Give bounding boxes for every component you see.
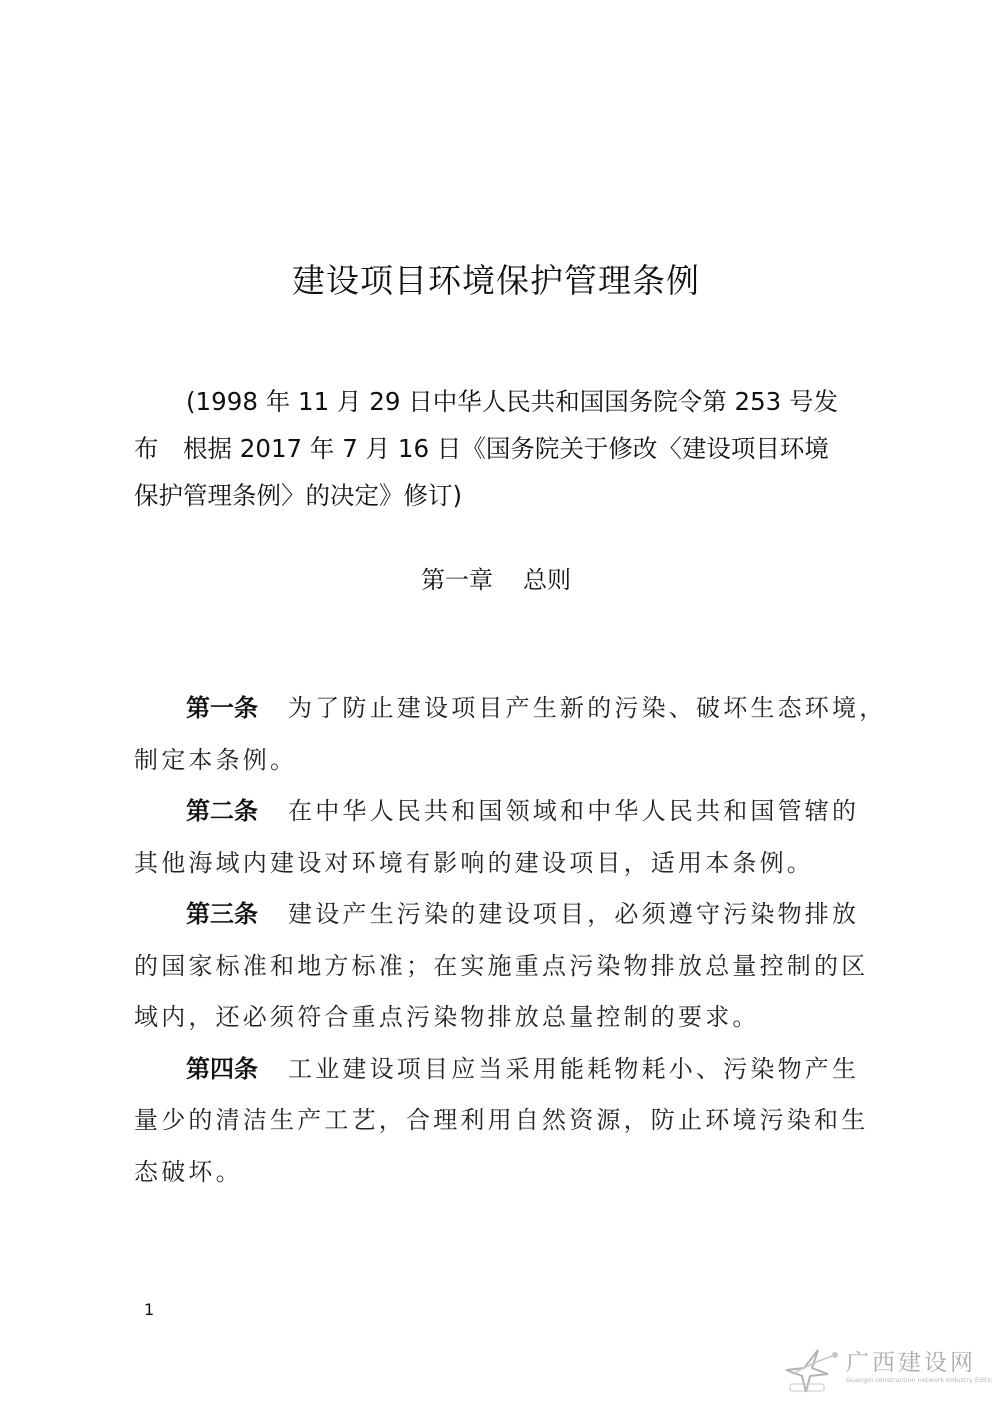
article-text: 在中华人民共和国领域和中华人民共和国管辖的 [288,797,859,825]
article-2: 第二条在中华人民共和国领域和中华人民共和国管辖的 其他海域内建设对环境有影响的建… [134,786,874,889]
chapter-number: 第一章 [421,566,493,594]
star-logo-icon [782,1344,840,1394]
article-text: 的国家标准和地方标准；在实施重点污染物排放总量控制的区 [134,941,874,993]
article-text: 其他海域内建设对环境有影响的建设项目，适用本条例。 [134,838,874,890]
preamble-line: 布 根据 2017 年 7 月 16 日《国务院关于修改〈建设项目环境 [134,425,874,472]
page-number: 1 [144,1300,154,1319]
chapter-name: 总则 [523,566,571,594]
article-text: 域内，还必须符合重点污染物排放总量控制的要求。 [134,992,874,1044]
chapter-heading: 第一章总则 [0,560,992,595]
article-text: 为了防止建设项目产生新的污染、破坏生态环境， [288,694,886,722]
article-label: 第一条 [186,694,258,722]
article-text: 量少的清洁生产工艺，合理利用自然资源，防止环境污染和生 [134,1095,874,1147]
articles-body: 第一条为了防止建设项目产生新的污染、破坏生态环境， 制定本条例。 第二条在中华人… [134,683,874,1198]
preamble-line: 保护管理条例〉的决定》修订) [134,472,874,519]
article-text: 工业建设项目应当采用能耗物耗小、污染物产生 [288,1055,859,1083]
article-label: 第二条 [186,797,258,825]
article-1: 第一条为了防止建设项目产生新的污染、破坏生态环境， 制定本条例。 [134,683,874,786]
preamble-line: (1998 年 11 月 29 日中华人民共和国国务院令第 253 号发 [134,378,874,425]
site-watermark: 广西建设网 Guangxi construction network Indus… [780,1340,990,1400]
document-preamble: (1998 年 11 月 29 日中华人民共和国国务院令第 253 号发 布 根… [134,378,874,519]
article-text: 态破坏。 [134,1147,874,1199]
watermark-name-en: Guangxi construction network Industry Ed… [846,1376,992,1384]
article-label: 第四条 [186,1055,258,1083]
document-title: 建设项目环境保护管理条例 [0,255,992,302]
article-text: 建设产生污染的建设项目，必须遵守污染物排放 [288,900,859,928]
article-label: 第三条 [186,900,258,928]
article-text: 制定本条例。 [134,735,874,787]
watermark-name-cn: 广西建设网 [846,1344,976,1377]
article-4: 第四条工业建设项目应当采用能耗物耗小、污染物产生 量少的清洁生产工艺，合理利用自… [134,1044,874,1199]
document-page: 建设项目环境保护管理条例 (1998 年 11 月 29 日中华人民共和国国务院… [0,0,992,1403]
article-3: 第三条建设产生污染的建设项目，必须遵守污染物排放 的国家标准和地方标准；在实施重… [134,889,874,1044]
